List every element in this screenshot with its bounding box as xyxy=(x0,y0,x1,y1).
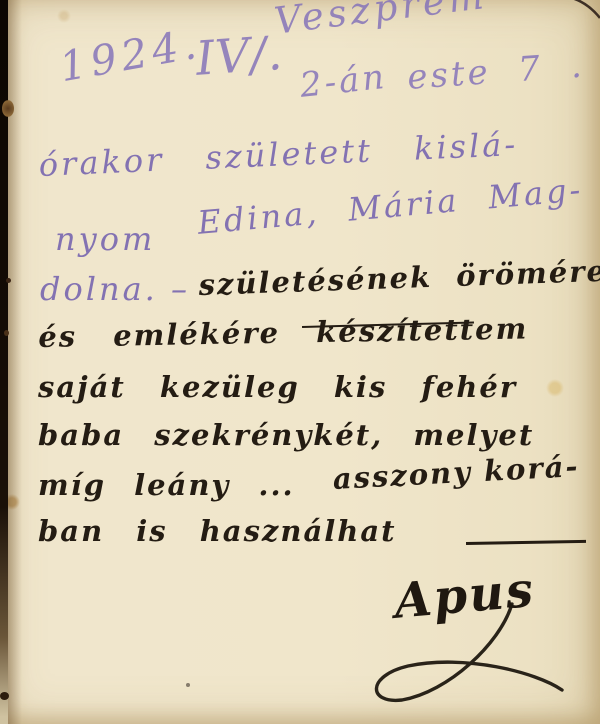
handwritten-line-emlek: és emlékére készítettem xyxy=(38,311,529,354)
paper-speck xyxy=(6,278,11,283)
signature-flourish xyxy=(340,596,575,721)
handwritten-line-ban: ban is használhat xyxy=(38,514,397,548)
paper-speck xyxy=(186,683,190,687)
handwritten-line-mig: míg leány ... xyxy=(38,468,295,502)
paper-speck xyxy=(4,330,9,336)
handwritten-date-year: 1924. xyxy=(56,19,205,91)
ink-stroke-end-dash xyxy=(466,540,586,545)
paper-speck xyxy=(0,692,9,700)
paper-speck xyxy=(2,100,14,117)
handwritten-date-month: IV/. xyxy=(194,26,285,87)
handwritten-line-baba: baba szekrénykét, melyet xyxy=(38,418,534,452)
handwritten-location: Veszprém xyxy=(272,0,490,43)
handwritten-line-orakor: órakor született kislá- xyxy=(38,125,519,184)
scanned-album-page: Veszprém 1924. IV/. 2-án este 7 . órakor… xyxy=(0,0,600,724)
handwritten-line-asszony: asszony korá- xyxy=(332,449,580,496)
handwritten-line-sajat: saját kezüleg kis fehér xyxy=(38,370,517,404)
handwritten-date-time: este 7 . xyxy=(406,46,586,98)
handwritten-line-nyom: nyom xyxy=(55,220,155,258)
handwritten-line-szuletes: születésének örömére xyxy=(198,254,600,302)
handwritten-date-day: 2-án xyxy=(298,57,389,106)
handwritten-line-dolna: dolna. – xyxy=(40,270,190,308)
handwritten-line-edina: Edina, Mária Mag- xyxy=(196,170,585,242)
page-corner-line xyxy=(558,0,600,22)
